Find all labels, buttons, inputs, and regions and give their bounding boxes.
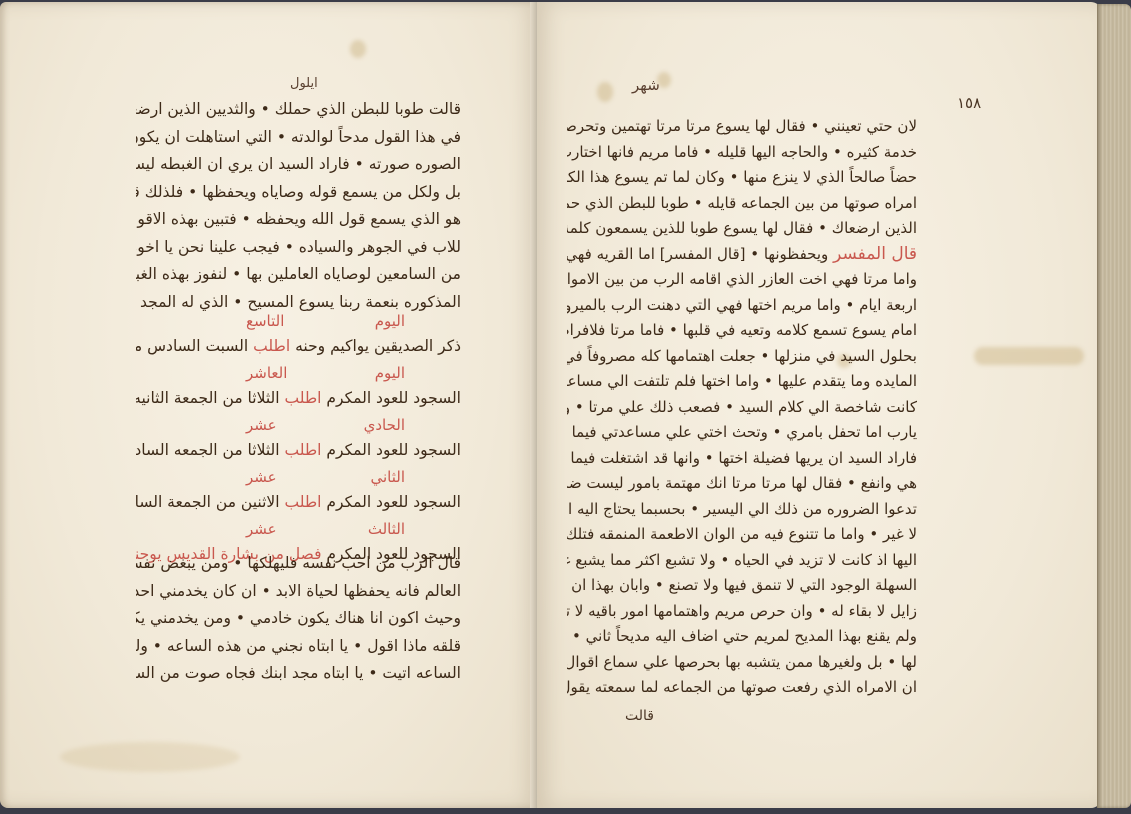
text-line: هو الذي يسمع قول الله ويحفظه • فتبين بهذ… [136, 206, 461, 234]
lesson-heading-day: اليوم [375, 364, 405, 382]
text-line: هي وانفع • فقال لها مرتا مرتا انك مهتمة … [567, 471, 917, 497]
lesson-heading-number: التاسع [246, 312, 284, 330]
text-line: للاب في الجوهر والسياده • فيجب علينا نحن… [136, 234, 461, 262]
text-line: من السامعين لوصاياه العاملين بها • لنفوز… [136, 261, 461, 289]
stain-mark [974, 347, 1084, 365]
text-line: فاراد السيد ان يريها فضيلة اختها • وانها… [567, 446, 917, 472]
lesson-text: ذكر الصديقين يواكيم وحنه اطلب السبت السا… [136, 333, 461, 361]
text-line: في هذا القول مدحاً لوالدته • التي استاهل… [136, 124, 461, 152]
running-head: شهر [632, 76, 660, 94]
right-text-block: لان حتي تعينني • فقال لها يسوع مرتا مرتا… [567, 114, 917, 701]
lesson-marker: اطلب [253, 337, 290, 355]
text-line: بل ولكل من يسمع قوله وصاياه ويحفظها • فل… [136, 179, 461, 207]
text-line: واما مرتا فهي اخت العازر الذي اقامه الرب… [567, 267, 917, 293]
lesson-marker: اطلب [284, 389, 321, 407]
lesson-text: السجود للعود المكرم اطلب الاثنين من الجم… [136, 489, 461, 517]
text-line: اربعة ايام • واما مريم اختها فهي التي ده… [567, 293, 917, 319]
left-paragraph-2: قال الرب من احب نفسه فليهلكها • ومن يبغض… [136, 550, 461, 688]
lesson-heading-number: العاشر [246, 364, 287, 382]
commentator-rubric: قال المفسر [833, 244, 917, 264]
lessons-table: اليوم التاسع ذكر الصديقين يواكيم وحنه اط… [136, 312, 461, 572]
stain-mark [597, 82, 613, 102]
text-line: زايل لا بقاء له • وان حرص مريم واهتمامها… [567, 599, 917, 625]
text-line: ولم يقنع بهذا المديح لمريم حتي اضاف اليه… [567, 624, 917, 650]
lesson-row: اليوم العاشر السجود للعود المكرم اطلب ال… [136, 364, 461, 416]
text-line: لان حتي تعينني • فقال لها يسوع مرتا مرتا… [567, 114, 917, 140]
text-line: لا غير • واما ما تتنوع فيه من الوان الاط… [567, 522, 917, 548]
text-line: بحلول السيد في منزلها • جعلت اهتمامها كل… [567, 344, 917, 370]
text-line: لها • بل ولغيرها ممن يتشبه بها بحرصها عل… [567, 650, 917, 676]
text-line: تدعوا الضروره من ذلك الي اليسير • بحسبما… [567, 497, 917, 523]
text-line: الذين ارضعاك • فقال لها يسوع طوبا للذين … [567, 216, 917, 242]
right-page: شهر ١٥٨ لان حتي تعينني • فقال لها يسوع م… [537, 2, 1101, 808]
lesson-row: اليوم التاسع ذكر الصديقين يواكيم وحنه اط… [136, 312, 461, 364]
lesson-heading-number: عشر [246, 468, 277, 486]
text-line: يارب اما تحفل بامري • وتحث اختي علي مساع… [567, 420, 917, 446]
text-line: قال الرب من احب نفسه فليهلكها • ومن يبغض… [136, 550, 461, 578]
text-line: العالم فانه يحفظها لحياة الابد • ان كان … [136, 578, 461, 606]
lesson-text: السجود للعود المكرم اطلب الثلاثا من الجم… [136, 437, 461, 465]
page-edges-stack [1097, 4, 1131, 808]
text-line: وحيث اكون انا هناك يكون خادمي • ومن يخدم… [136, 605, 461, 633]
text-line: السهلة الوجود التي لا تنمق فيها ولا تصنع… [567, 573, 917, 599]
lesson-heading-day: الحادي [364, 416, 405, 434]
stain-mark [350, 40, 366, 58]
stain-mark [60, 742, 240, 772]
lesson-heading-number: عشر [246, 520, 277, 538]
lesson-marker: اطلب [284, 493, 321, 511]
text-line: كانت شاخصة الي كلام السيد • فصعب ذلك علي… [567, 395, 917, 421]
lesson-row: الحادي عشر السجود للعود المكرم اطلب الثل… [136, 416, 461, 468]
lesson-heading-number: عشر [246, 416, 277, 434]
text-line: امراه صوتها من بين الجماعه قايله • طوبا … [567, 191, 917, 217]
text-line: قلقه ماذا اقول • يا ابتاه نجني من هذه ال… [136, 633, 461, 661]
text-line: قالت طوبا للبطن الذي حملك • والثديين الذ… [136, 96, 461, 124]
lesson-row: الثاني عشر السجود للعود المكرم اطلب الاث… [136, 468, 461, 520]
text-line: الصوره صورته • فاراد السيد ان يري ان الغ… [136, 151, 461, 179]
text-line: المايده وما يتقدم عليها • واما اختها فلم… [567, 369, 917, 395]
catchword: قالت [625, 708, 654, 724]
text-line: اليها اذ كانت لا تزيد في الحياه • ولا تش… [567, 548, 917, 574]
running-head: ايلول [290, 76, 318, 91]
folio-number: ١٥٨ [957, 94, 981, 112]
left-paragraph-1: قالت طوبا للبطن الذي حملك • والثديين الذ… [136, 96, 461, 316]
lesson-text: السجود للعود المكرم اطلب الثلاثا من الجم… [136, 385, 461, 413]
text-line: امام يسوع تسمع كلامه وتعيه في قلبها • فا… [567, 318, 917, 344]
lesson-heading-day: الثالث [368, 520, 405, 538]
text-line: خدمة كثيره • والحاجه اليها قليله • فاما … [567, 140, 917, 166]
lesson-marker: اطلب [284, 441, 321, 459]
text-line-with-rubric: قال المفسر ويحفظونها • [قال المفسر] اما … [567, 242, 917, 268]
left-page: ايلول قالت طوبا للبطن الذي حملك • والثدي… [0, 2, 537, 808]
lesson-heading-day: الثاني [370, 468, 405, 486]
text-line: حضاً صالحاً الذي لا ينزع منها • وكان لما… [567, 165, 917, 191]
lesson-heading-day: اليوم [375, 312, 405, 330]
manuscript-spread: ايلول قالت طوبا للبطن الذي حملك • والثدي… [0, 2, 1131, 810]
text-line: الساعه اتيت • يا ابتاه مجد ابنك فجاه صوت… [136, 660, 461, 688]
text-line: ان الامراه الذي رفعت صوتها من الجماعه لم… [567, 675, 917, 701]
